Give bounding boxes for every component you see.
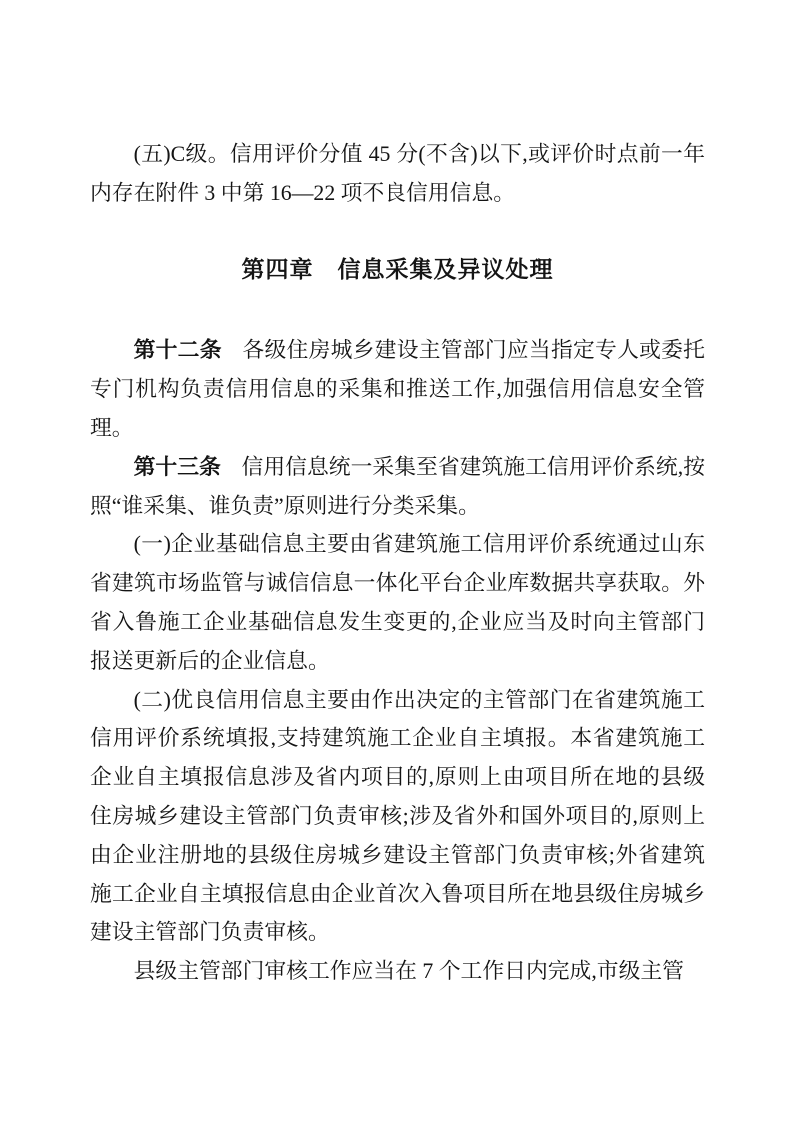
paragraph-item-2: (二)优良信用信息主要由作出决定的主管部门在省建筑施工信用评价系统填报,支持建筑…	[90, 681, 705, 953]
paragraph-article-12: 第十二条各级住房城乡建设主管部门应当指定专人或委托专门机构负责信用信息的采集和推…	[90, 331, 705, 447]
paragraph-item-1: (一)企业基础信息主要由省建筑施工信用评价系统通过山东省建筑市场监管与诚信信息一…	[90, 525, 705, 680]
article-12-label: 第十二条	[134, 337, 222, 362]
document-page: (五)C级。信用评价分值 45 分(不含)以下,或评价时点前一年内存在附件 3 …	[0, 0, 793, 1122]
chapter-heading: 第四章 信息采集及异议处理	[90, 250, 705, 289]
paragraph-grade-c: (五)C级。信用评价分值 45 分(不含)以下,或评价时点前一年内存在附件 3 …	[90, 135, 705, 213]
article-13-label: 第十三条	[134, 454, 221, 479]
paragraph-article-13: 第十三条信用信息统一采集至省建筑施工信用评价系统,按照“谁采集、谁负责”原则进行…	[90, 448, 705, 526]
paragraph-county-review: 县级主管部门审核工作应当在 7 个工作日内完成,市级主管	[90, 952, 705, 991]
